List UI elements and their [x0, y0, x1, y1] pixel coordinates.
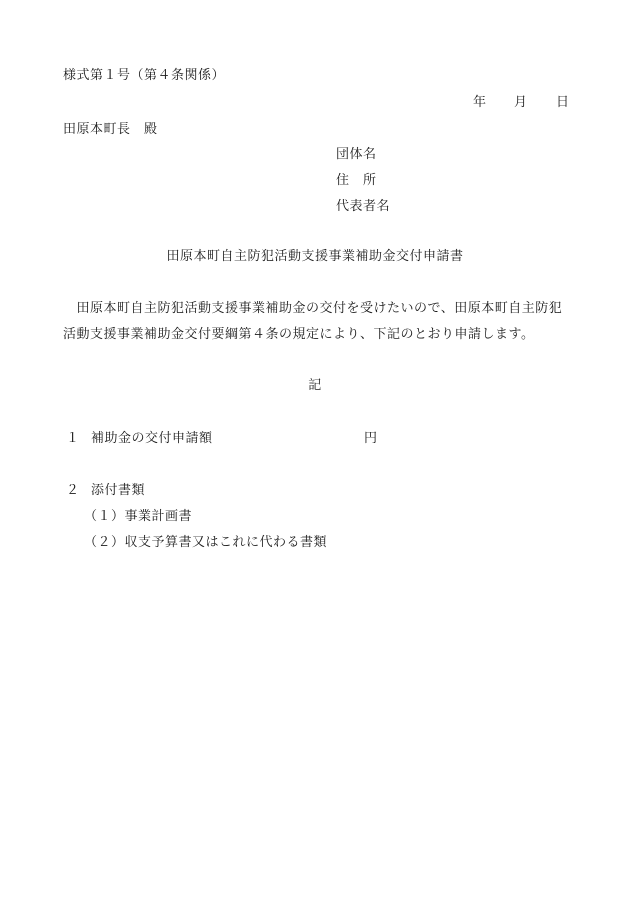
attachment-item: （２）収支予算書又はこれに代わる書類: [84, 536, 327, 549]
body-line: 田原本町自主防犯活動支援事業補助金の交付を受けたいので、田原本町自主防犯: [63, 302, 562, 315]
yen-unit: 円: [364, 432, 378, 445]
item-number: ２: [66, 484, 80, 497]
date-day-label: 日: [556, 96, 570, 109]
item-number: １: [66, 432, 80, 445]
representative-label: 代表者名: [336, 200, 390, 213]
document-title: 田原本町自主防犯活動支援事業補助金交付申請書: [0, 250, 630, 263]
form-number: 様式第１号（第４条関係）: [63, 69, 225, 82]
date-month-label: 月: [514, 96, 528, 109]
date-year-label: 年: [473, 96, 487, 109]
ki-heading: 記: [0, 379, 630, 392]
org-name-label: 団体名: [336, 148, 377, 161]
addressee: 田原本町長 殿: [63, 123, 158, 136]
body-line: 活動支援事業補助金交付要綱第４条の規定により、下記のとおり申請します。: [63, 328, 534, 341]
item-label: 補助金の交付申請額: [91, 432, 213, 445]
attachment-item: （１）事業計画書: [84, 510, 192, 523]
item-label: 添付書類: [91, 484, 145, 497]
address-label: 住 所: [336, 174, 377, 187]
